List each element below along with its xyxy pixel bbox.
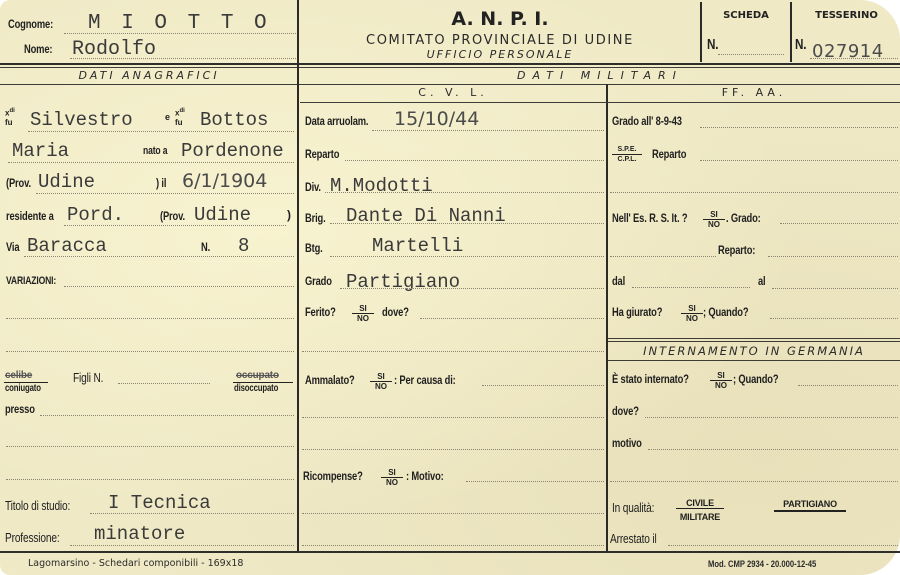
ffaa-reparto-line [700,160,898,161]
subsection-line [300,102,900,103]
residence-line [64,225,286,226]
figli-label: Figli N. [73,370,112,385]
cvl-reparto-label: Reparto [305,147,349,161]
cvl-reparto-line [345,160,604,161]
ammalato-label: Ammalato? [305,373,369,387]
prov-born: Udine [38,171,95,193]
al-line [772,288,898,289]
section-line [0,84,900,85]
mother-name: Maria [12,140,69,162]
scheda-n-label: N. [707,36,722,53]
ffaa-grado-label: Grado all' 8-9-43 [612,114,702,128]
column-divider-right [606,84,608,552]
figli-line [118,383,210,384]
spe-cpl: S.P.E.C.P.L. [612,145,642,164]
causa-label: : Per causa di: [394,373,473,387]
rsi-grado-label: . Grado: [726,211,770,225]
ferito-extra-line [302,351,604,352]
section-dati-militari: DATI MILITARI [300,69,900,82]
arruolamento-label: Data arruolam. [305,114,386,128]
presso-line-2 [6,446,294,447]
footer-separator [0,551,900,553]
scheda-divider [700,2,702,62]
titolo-line [90,513,294,514]
brig-label: Brig. [305,211,331,225]
ffaa-title: FF. AA. [608,86,900,99]
mother-surname: Bottos [200,109,268,131]
internamento-top-line-2 [608,341,900,342]
birth-date: 6/1/1904 [182,170,267,192]
prov-res: Udine [194,204,251,226]
residence-value: Pord. [67,204,124,226]
motivo-line-3 [302,545,604,546]
qualita-label: In qualità: [612,500,666,515]
arrestato-label: Arrestato il [610,531,670,546]
residence-label: residente a [6,209,67,223]
dal-line [632,287,750,288]
btg-line [330,256,604,257]
btg-value: Martelli [372,235,463,257]
div-label: Div. [305,180,325,194]
birth-date-label: ) il [156,176,169,190]
internato-quando-line [798,385,898,386]
qualita-militare: MILITARE [676,512,724,522]
causa-line-3 [302,449,604,450]
btg-label: Btg. [305,241,328,255]
causa-line-2 [302,417,604,418]
arrestato-line [668,545,898,546]
father-prefix: xdi fu [5,107,15,127]
and-label: e [165,112,170,122]
prov-res-close: ) [287,208,291,222]
internato-dove-line [645,417,898,418]
titolo-label: Titolo di studio: [5,498,89,513]
parents-line [28,131,294,132]
footer-model: Mod. CMP 2934 - 20.000-12-45 [708,559,835,569]
internato-si-no: SINO [710,371,732,390]
ferito-si-no: SINO [352,304,374,323]
dal-label: dal [612,274,629,288]
internamento-title: INTERNAMENTO IN GERMANIA [608,344,900,358]
qualita-civile: CIVILE [676,498,724,509]
motivo-line [466,481,604,482]
internamento-top-line [608,338,900,339]
via-label: Via [6,240,23,254]
cvl-title: C. V. L. [300,86,606,99]
column-divider-left [297,0,299,552]
arruolamento-date: 15/10/44 [394,108,479,130]
professione-line [70,545,294,546]
ffaa-grado-line [700,127,898,128]
professione-value: minatore [94,523,185,545]
internato-dove-label: dove? [612,404,646,418]
cognome-label: Cognome: [8,17,66,31]
giurato-quando-line [770,318,898,319]
giurato-label: Ha giurato? [612,305,676,319]
div-value: M.Modotti [330,175,433,197]
presso-line-1 [40,415,294,416]
rsi-reparto-label: Reparto: [718,243,766,257]
via-line [24,256,294,257]
committee-name: COMITATO PROVINCIALE DI UDINE [300,33,700,48]
ferito-dove-line [420,318,604,319]
variazioni-label: VARIAZIONI: [6,275,70,287]
ammalato-si-no: SINO [370,372,392,391]
titolo-value: I Tecnica [108,492,211,514]
mother-prefix: xdi fu [175,107,185,127]
prov-res-label: (Prov. [160,209,192,223]
nome-label: Nome: [24,42,60,56]
presso-line-3 [6,479,294,480]
ricompense-si-no: SINO [381,468,403,487]
rsi-si-no: SINO [703,210,725,229]
ffaa-reparto-line-2 [610,192,898,193]
giurato-quando-label: ; Quando? [703,305,761,319]
tesserino-n-label: N. [795,36,810,53]
employment-label: disoccupato [234,383,291,394]
rsi-reparto-line [768,256,898,257]
tesserino-divider [790,2,792,62]
brig-line [330,223,604,224]
nome-line [70,58,296,59]
cognome-line [64,33,296,34]
section-dati-anagrafici: DATI ANAGRAFICI [0,69,298,82]
internato-quando-label: ; Quando? [733,372,791,386]
internato-motivo-line [648,449,898,450]
header-separator-thin [0,67,900,68]
div-line [325,192,604,193]
internato-label: È stato internato? [612,372,710,386]
marital-label: coniugato [5,383,51,394]
via-value: Baracca [27,235,107,257]
variazioni-line-1 [64,286,294,287]
org-title: A. N. P. I. [300,8,700,30]
presso-label: presso [5,402,43,416]
birth-line [36,193,294,194]
street-number: 8 [238,235,249,257]
street-number-label: N. [201,240,213,254]
marital-struck: celibe [5,370,32,381]
ferito-dove-label: dove? [382,305,416,319]
ricompense-label: Ricompense? [303,469,380,483]
tesserino-line [810,58,898,59]
scheda-line [718,54,784,55]
arruolamento-line [372,130,604,131]
prov-born-label: (Prov. [6,176,38,190]
cvl-grado-label: Grado [305,274,339,288]
motivo-label: : Motivo: [406,469,454,483]
tesserino-label: TESSERINO [793,10,900,21]
office-name: UFFICIO PERSONALE [300,48,700,61]
header-separator [0,63,900,65]
variazioni-line-2 [6,318,294,319]
causa-line [482,385,604,386]
father-name: Silvestro [30,109,133,131]
al-label: al [758,274,768,288]
born-label: nato a [143,145,174,157]
rsi-label: Nell' Es. R. S. It. ? [612,211,709,225]
born-line [8,162,294,163]
ffaa-reparto-label: Reparto [652,147,696,161]
scheda-label: SCHEDA [703,10,789,21]
giurato-si-no: SINO [681,304,703,323]
footer-printer: Lagomarsino - Schedari componibili - 169… [28,558,243,569]
qualita-partigiano: PARTIGIANO [774,499,846,512]
variazioni-line-3 [6,351,294,352]
professione-label: Professione: [5,530,75,545]
born-place: Pordenone [181,140,284,162]
ferito-label: Ferito? [305,305,344,319]
cvl-grado-line [340,288,604,289]
employment-struck: occupato [236,370,279,381]
cvl-grado-value: Partigiano [346,271,460,293]
internato-motivo-label: motivo [612,436,650,450]
motivo-line-2 [302,513,604,514]
anpi-personnel-card: Cognome: M I O T T O Nome: Rodolfo A. N.… [0,0,900,575]
rsi-reparto-left-line [610,256,716,257]
rsi-grado-line [780,223,898,224]
internamento-bottom-line [608,360,900,361]
cognome-value: M I O T T O [88,12,271,35]
internato-motivo-line-2 [610,481,898,482]
